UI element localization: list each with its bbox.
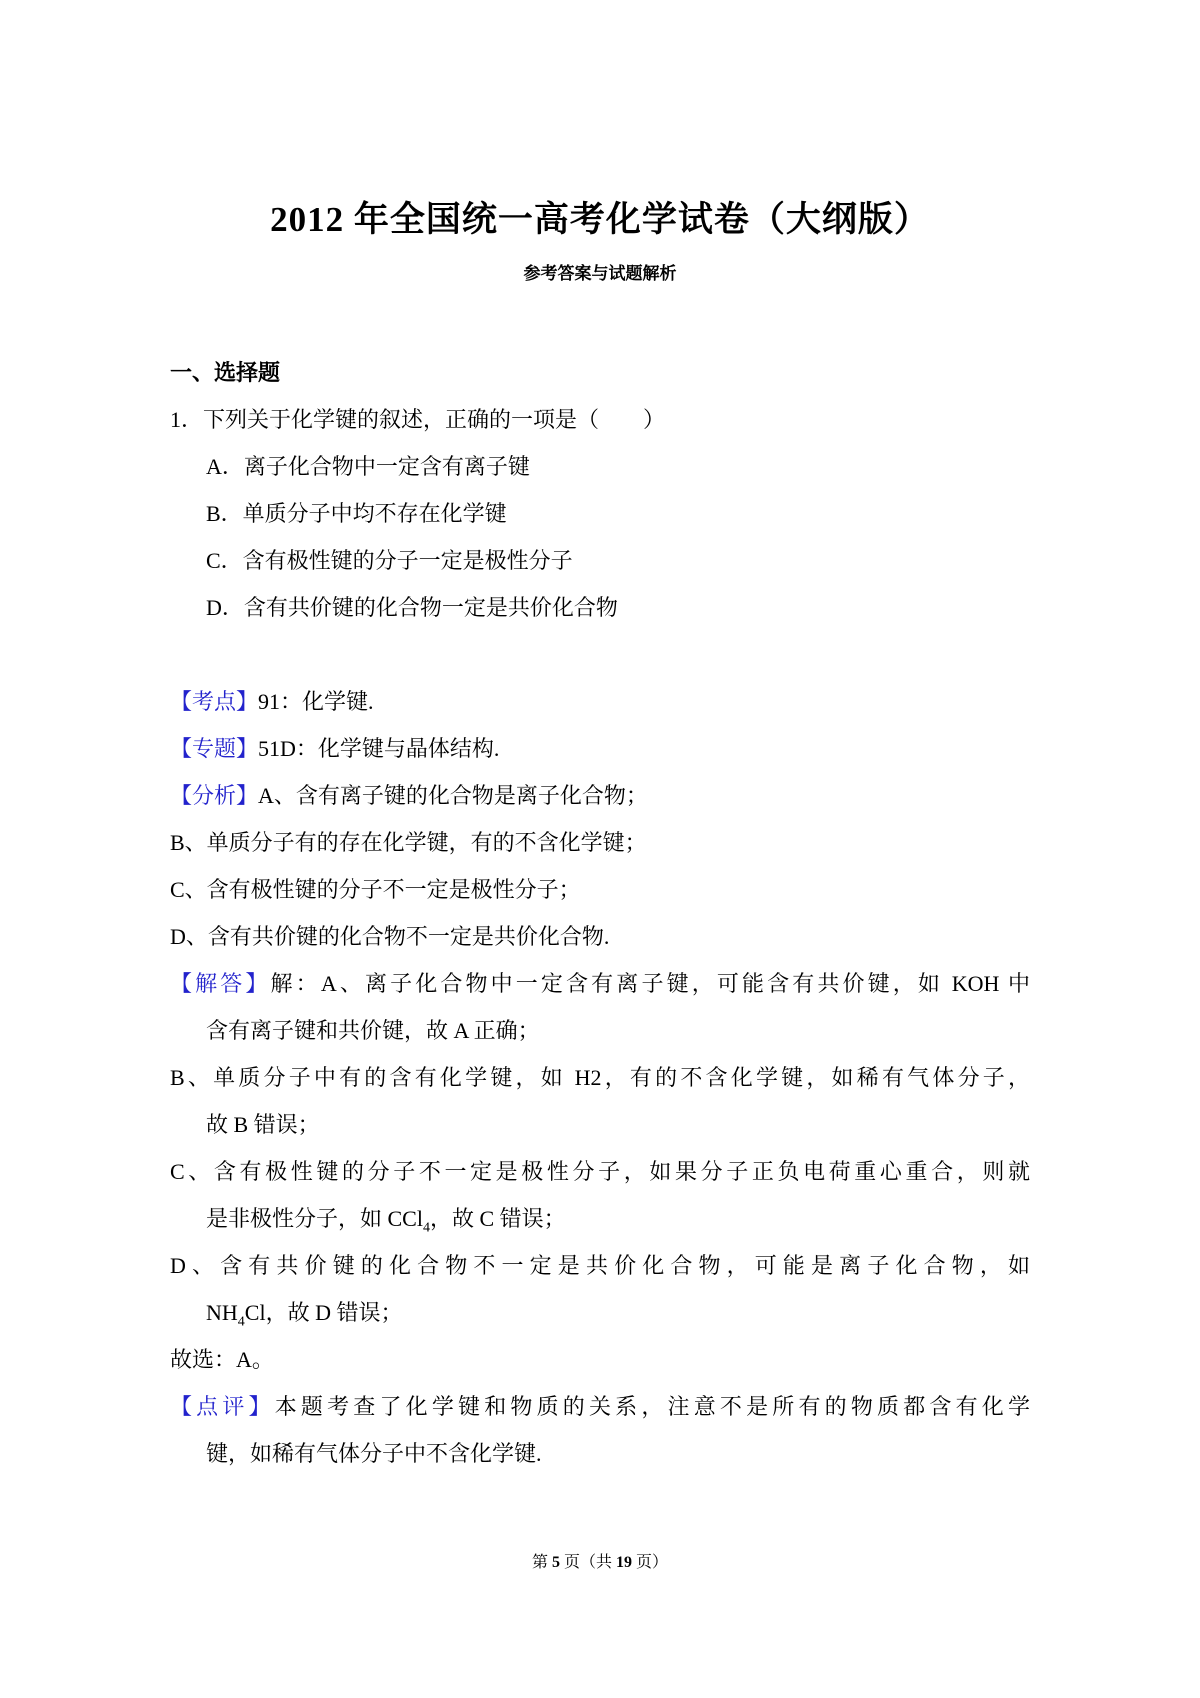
document-body: 一、选择题 1．下列关于化学键的叙述，正确的一项是（ ） A．离子化合物中一定含… xyxy=(170,349,1030,1477)
solution-line-3: B、单质分子中有的含有化学键，如 H2，有的不含化学键，如稀有气体分子， xyxy=(170,1054,1030,1101)
document-page: 2012 年全国统一高考化学试卷（大纲版） 参考答案与试题解析 一、选择题 1．… xyxy=(0,0,1200,1698)
exam-point-text: 91：化学键. xyxy=(258,689,374,714)
comment-line-1: 【点评】本题考查了化学键和物质的关系，注意不是所有的物质都含有化学 xyxy=(170,1383,1030,1430)
solution-line-8: NH4Cl，故 D 错误； xyxy=(170,1289,1030,1336)
comment-text-1: 本题考查了化学键和物质的关系，注意不是所有的物质都含有化学 xyxy=(275,1394,1030,1419)
question-option-d: D．含有共价键的化合物一定是共价化合物 xyxy=(170,584,1030,631)
analysis-line-a: 【分析】A、含有离子键的化合物是离子化合物； xyxy=(170,772,1030,819)
question-option-a: A．离子化合物中一定含有离子键 xyxy=(170,443,1030,490)
footer-suffix: 页） xyxy=(632,1554,668,1571)
solution-line-2: 含有离子键和共价键，故 A 正确； xyxy=(170,1007,1030,1054)
question-option-b: B．单质分子中均不存在化学键 xyxy=(170,490,1030,537)
solution-line-6: 是非极性分子，如 CCl4，故 C 错误； xyxy=(170,1195,1030,1242)
solution-text-6-pre: 是非极性分子，如 CCl xyxy=(206,1206,423,1231)
document-title: 2012 年全国统一高考化学试卷（大纲版） xyxy=(0,196,1200,244)
topic-line: 【专题】51D：化学键与晶体结构. xyxy=(170,725,1030,772)
solution-text-6-post: ，故 C 错误； xyxy=(430,1206,566,1231)
comment-line-2: 键，如稀有气体分子中不含化学键. xyxy=(170,1430,1030,1477)
footer-prefix: 第 xyxy=(532,1554,552,1571)
exam-point-label: 【考点】 xyxy=(170,689,258,714)
section-heading: 一、选择题 xyxy=(170,349,1030,396)
solution-line-7: D、含有共价键的化合物不一定是共价化合物，可能是离子化合物，如 xyxy=(170,1242,1030,1289)
solution-line-1: 【解答】解：A、离子化合物中一定含有离子键，可能含有共价键，如 KOH 中 xyxy=(170,960,1030,1007)
topic-label: 【专题】 xyxy=(170,736,258,761)
analysis-line-c: C、含有极性键的分子不一定是极性分子； xyxy=(170,866,1030,913)
solution-line-5: C、含有极性键的分子不一定是极性分子，如果分子正负电荷重心重合，则就 xyxy=(170,1148,1030,1195)
footer-total-pages: 19 xyxy=(616,1554,632,1571)
analysis-line-b: B、单质分子有的存在化学键，有的不含化学键； xyxy=(170,819,1030,866)
solution-text-8-post: Cl，故 D 错误； xyxy=(245,1300,403,1325)
solution-text-8-pre: NH xyxy=(206,1300,238,1325)
question-stem: 1．下列关于化学键的叙述，正确的一项是（ ） xyxy=(170,396,1030,443)
page-footer: 第 5 页（共 19 页） xyxy=(0,1549,1200,1577)
subscript-4: 4 xyxy=(423,1220,430,1235)
exam-point-line: 【考点】91：化学键. xyxy=(170,678,1030,725)
question-option-c: C．含有极性键的分子一定是极性分子 xyxy=(170,537,1030,584)
analysis-text-a: A、含有离子键的化合物是离子化合物； xyxy=(258,783,648,808)
subscript-4: 4 xyxy=(238,1314,245,1329)
document-subtitle: 参考答案与试题解析 xyxy=(0,262,1200,286)
comment-label: 【点评】 xyxy=(170,1394,275,1419)
footer-page-number: 5 xyxy=(552,1554,560,1571)
footer-middle: 页（共 xyxy=(560,1554,616,1571)
topic-text: 51D：化学键与晶体结构. xyxy=(258,736,499,761)
analysis-line-d: D、含有共价键的化合物不一定是共价化合物. xyxy=(170,913,1030,960)
analysis-label: 【分析】 xyxy=(170,783,258,808)
solution-label: 【解答】 xyxy=(170,971,271,996)
conclusion-line: 故选：A。 xyxy=(170,1336,1030,1383)
blank-line xyxy=(170,631,1030,678)
solution-line-4: 故 B 错误； xyxy=(170,1101,1030,1148)
solution-text-1: 解：A、离子化合物中一定含有离子键，可能含有共价键，如 KOH 中 xyxy=(271,971,1030,996)
